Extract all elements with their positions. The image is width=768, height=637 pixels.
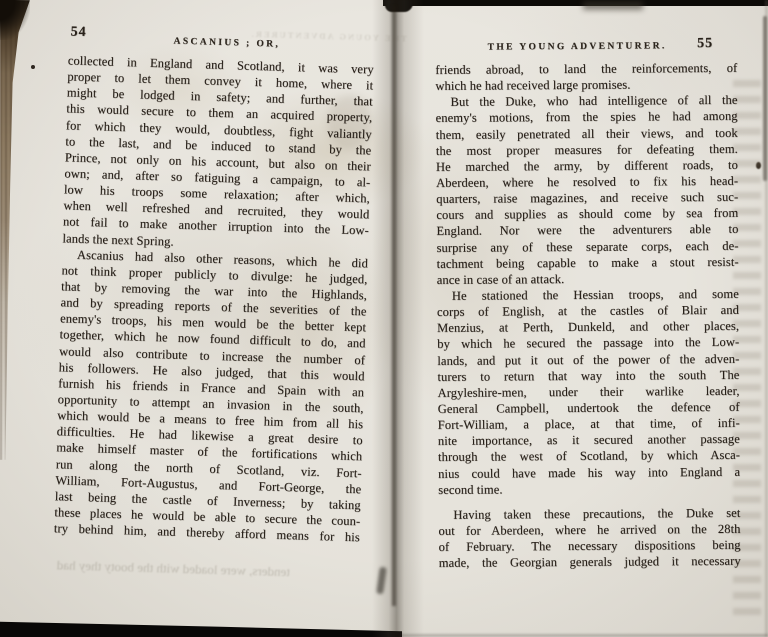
page-number-right: 55: [697, 36, 713, 52]
text-line: nius could have made his way into Englan…: [438, 463, 740, 481]
book-gutter-line: [392, 6, 396, 606]
page-left-text: collected in England and Scotland, it wa…: [54, 52, 374, 545]
text-line: the most proper measures for defeating t…: [436, 141, 738, 159]
book-gutter-shadow: [372, 0, 424, 637]
text-line: surprise any of these separate corps, ea…: [436, 237, 738, 255]
page-right-text: friends abroad, to land the reinforcemen…: [435, 60, 741, 571]
text-line: turers to return that way into the south…: [437, 366, 739, 384]
scan-dark-corner-top-left: [0, 0, 30, 40]
page-right: THE YOUNG ADVENTURER. 55 friends abroad,…: [425, 26, 747, 572]
text-line: tachment being capable to make a stout r…: [437, 254, 739, 272]
text-line: by which he secured the passage into the…: [437, 334, 739, 352]
scan-edge-right-line: [763, 16, 767, 181]
running-title-right: THE YOUNG ADVENTURER.: [425, 41, 729, 53]
book-scan: 54 ASCANIUS ; OR, THE YOUNG ADVENTURER. …: [0, 0, 768, 637]
text-line: lands, and put it out of the power of th…: [437, 350, 739, 368]
text-line: through the west of Scotland, by which A…: [438, 447, 740, 465]
ink-speck: [31, 65, 35, 69]
text-line: enemy's motions, from the spies he had a…: [436, 108, 738, 126]
page-right-header: THE YOUNG ADVENTURER. 55: [425, 26, 743, 62]
running-title-left: ASCANIUS ; OR,: [74, 34, 379, 53]
text-line: them, easily penetrated all their views,…: [436, 124, 738, 142]
text-line: England. Nor were the adventurers able t…: [436, 221, 738, 239]
scan-edge-top: [383, 0, 768, 6]
text-line: made, the Georgian generals judged it ne…: [439, 553, 741, 571]
scan-edge-top-smudge: [583, 1, 643, 10]
page-left: 54 ASCANIUS ; OR, THE YOUNG ADVENTURER. …: [40, 20, 370, 545]
text-line: friends abroad, to land the reinforcemen…: [435, 60, 737, 78]
